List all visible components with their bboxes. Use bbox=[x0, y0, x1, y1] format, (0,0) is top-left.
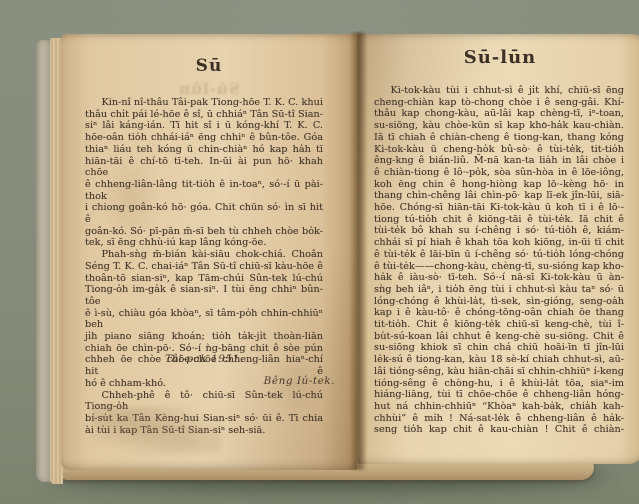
text-line: seng tio̍h kap chit ê kau-chiàn ! Chit ê… bbox=[374, 424, 624, 436]
book-gutter-shadow bbox=[349, 32, 367, 470]
text-line: siⁿ lâi káng-ián. Tī hit sî i ū kóng-khí… bbox=[85, 120, 323, 132]
text-line: thang chìn-chêng lâi chìn-pō· kap lī-ek … bbox=[374, 190, 624, 202]
text-line: Phah-sǹg m̄-bián kài-siāu chok-chiá. Cho… bbox=[85, 249, 323, 261]
text-line: ê ì-sù, chiàu góa khòaⁿ, sī tâm-po̍h chh… bbox=[85, 308, 323, 331]
author-signature: Bêng Iú-tek. bbox=[264, 375, 335, 387]
text-line: cheng-chiàn kap tò-chong chòe i ê seng-g… bbox=[374, 97, 624, 109]
text-line: chhái sī pí hiah ê khah tōa koh kiōng, i… bbox=[374, 237, 624, 249]
text-line: hiān-tāi ê chí-tō tī-teh. In-ūi ài pun h… bbox=[85, 156, 323, 179]
text-line: tiong tú-tio̍h chit ê kiōng-tāi ê tùi-te… bbox=[374, 214, 624, 226]
paragraph: Phah-sǹg m̄-bián kài-siāu chok-chiá. Cho… bbox=[85, 249, 323, 389]
text-line: hiáng-liāng, tùi tī chōe-chōe ê chheng-l… bbox=[374, 389, 624, 401]
text-line: su-siōng khiok sī chin chá chiū hoāi-īn … bbox=[374, 342, 624, 354]
text-line: tióng-sêng ê chòng-hu, i ê khùi-la̍t tōa… bbox=[374, 378, 624, 390]
left-page-title: Sū bbox=[61, 56, 357, 76]
text-line: tit-tio̍h. Chit ê kiōng-te̍k chiū-sī ken… bbox=[374, 319, 624, 331]
text-line: ê chiàn-tiong ê lô·-po̍k, sòa sûn-hòa in… bbox=[374, 167, 624, 179]
text-line: ê tùi-te̍k——chong-kàu, chèng-tī, su-sión… bbox=[374, 261, 624, 273]
text-line: sǹg beh iâⁿ, i tio̍h ēng tùi i chhut-sì … bbox=[374, 284, 624, 296]
desk-background: Sū Sū-lūn Kin-nî nî-thâu Tâi-pak Tiong-h… bbox=[0, 0, 639, 504]
ink-speck bbox=[543, 122, 545, 124]
show-through-smudge bbox=[91, 406, 221, 454]
text-line: ji̍h piano siāng khoán; tio̍h ta̍k-ji̍t … bbox=[85, 331, 323, 343]
text-line: ê chheng-liân-lâng tit-tio̍h ê in-toaⁿ, … bbox=[85, 179, 323, 202]
paragraph: Kin-nî nî-thâu Tâi-pak Tiong-hōe T. K. C… bbox=[85, 97, 323, 249]
dateline: Tâi-pak 1951. bbox=[165, 353, 244, 365]
text-line: le̍k-sú ê tiong-kan, kàu 18 sè-kí chiah … bbox=[374, 354, 624, 366]
open-book: Sū Sū-lūn Kin-nî nî-thâu Tâi-pak Tiong-h… bbox=[36, 30, 610, 482]
text-line: ê tùi-te̍k ê lāi-bīn ū í-chêng só· tú-ti… bbox=[374, 249, 624, 261]
text-line: lóng-chóng ê khùi-la̍t, tì-sek, sìn-gión… bbox=[374, 296, 624, 308]
text-line: goân-kó. Só· pī-pān m̄-sī beh tù chheh c… bbox=[85, 226, 323, 238]
text-line: hut ná chhin-chhiūⁿ “Khòaⁿ kah-ba̍k, chi… bbox=[374, 401, 624, 413]
text-line: koh ēng chin ê hong-hiòng kap lō·-kèng h… bbox=[374, 179, 624, 191]
text-line: Iā tī chiah ê chiàn-cheng ê tiong-kan, t… bbox=[374, 132, 624, 144]
text-line: êng-kng ê bián-liû. M̄-nā kan-ta lia̍h i… bbox=[374, 155, 624, 167]
text-line: i chiong goân-kó hō· góa. Chit chūn só· … bbox=[85, 202, 323, 225]
text-line: Tiong-o̍h im-ga̍k ê sian-siⁿ. I tùi ēng … bbox=[85, 284, 323, 307]
text-line: hōe-oân tio̍h chhái-iáⁿ ēng chhiⁿ ê bûn-… bbox=[85, 132, 323, 144]
text-line: thiaⁿ liáu teh kóng ū chin-chiàⁿ hó kap … bbox=[85, 144, 323, 156]
text-line: kap i ê kàu-tô· ê chóng-tōng-oân chiah ō… bbox=[374, 307, 624, 319]
right-page-text: Ki-tok-kàu tùi i chhut-sì ê ji̍t khí, ch… bbox=[374, 85, 624, 436]
text-line: tek, sī ēng chhù-iú kap lâng kóng-ōe. bbox=[85, 237, 323, 249]
text-line: bu̍t-sú-koan lâi chhut ê keng-chè su-siō… bbox=[374, 331, 624, 343]
text-line: chhùi” ê mi̍h ! Ná-sat-le̍k ê chheng-liâ… bbox=[374, 413, 624, 425]
paragraph: Ki-tok-kàu tùi i chhut-sì ê ji̍t khí, ch… bbox=[374, 85, 624, 436]
show-through-text: Sū-lūn bbox=[61, 80, 357, 98]
text-line: Ki-tok-kàu tùi i chhut-sì ê ji̍t khí, ch… bbox=[374, 85, 624, 97]
text-line: thâu kap chong-kàu, aū-lâi kap chèng-tī,… bbox=[374, 108, 624, 120]
text-line: Séng T. K. C. chai-iáⁿ Tân Sū-tî chiū-sī… bbox=[85, 261, 323, 273]
text-line: tùi-te̍k bô khah su í-chêng i só· tú-tio… bbox=[374, 225, 624, 237]
text-line: thoân-tō sian-siⁿ, kap Tām-chúi Sûn-tek … bbox=[85, 273, 323, 285]
text-line: lâi tióng-sêng, kàu hiān-chāi sī chhin-c… bbox=[374, 366, 624, 378]
right-page: Sū-lūn Ki-tok-kàu tùi i chhut-sì ê ji̍t … bbox=[357, 34, 639, 464]
text-line: Ki-tok-kàu ū cheng-ho̍k bû-sò· ê tùi-te̍… bbox=[374, 144, 624, 156]
text-line: su-siōng, kàu chòe-kūn sī kap kho-ha̍k k… bbox=[374, 120, 624, 132]
right-page-title: Sū-lūn bbox=[357, 47, 639, 68]
book-cover-edge bbox=[36, 40, 51, 482]
text-line: thâu chi̍t pái lé-hōe ê sî, ū chhiáⁿ Tân… bbox=[85, 109, 323, 121]
text-line: ha̍k ê iàu-sò· tī-teh. Só·-í nā-sī Ki-to… bbox=[374, 272, 624, 284]
left-page: Sū Sū-lūn Kin-nî nî-thâu Tâi-pak Tiong-h… bbox=[61, 34, 357, 470]
text-line: hōe. Chóng-sī hiān-tāi Ki-tok-kàu ū koh … bbox=[374, 202, 624, 214]
text-line: Kin-nî nî-thâu Tâi-pak Tiong-hōe T. K. C… bbox=[85, 97, 323, 109]
